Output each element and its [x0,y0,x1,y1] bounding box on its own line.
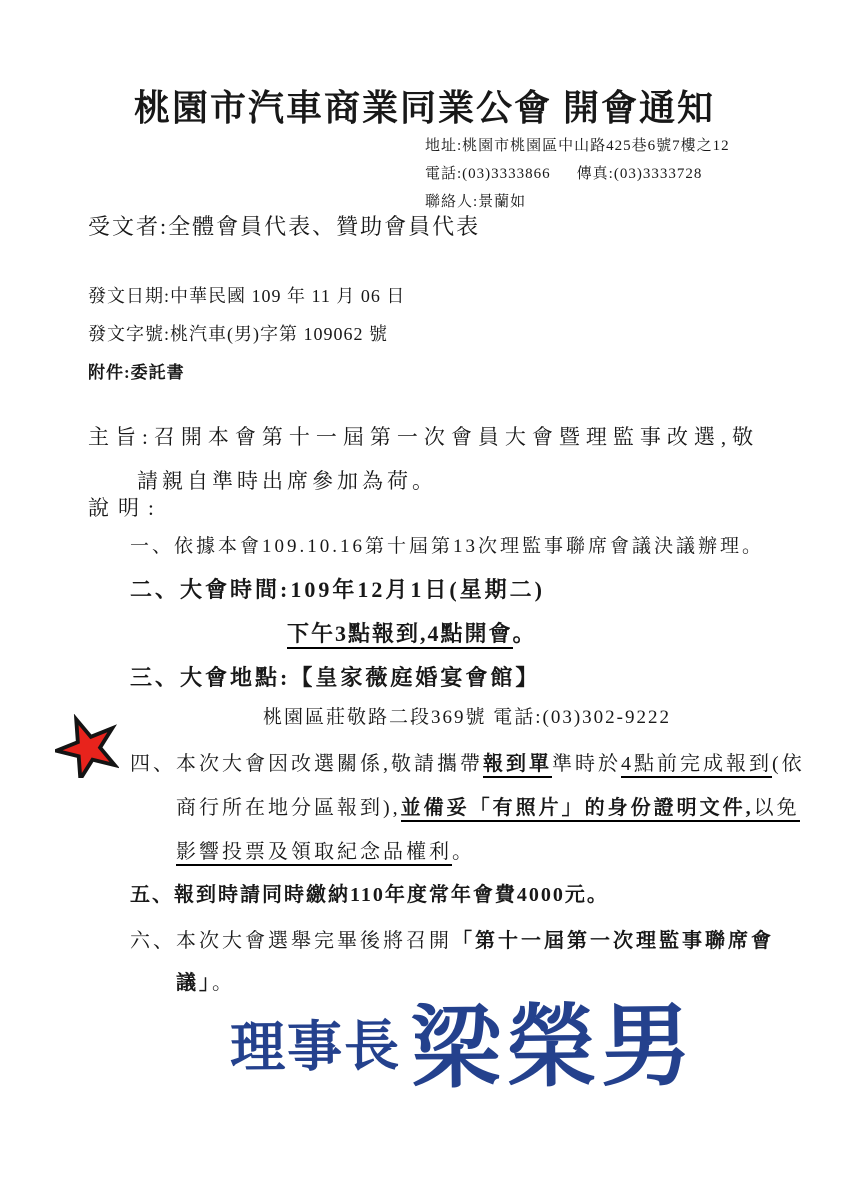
chairman-signature-stamp: 理事長 梁榮男 [229,973,696,1108]
red-star-shape [55,714,119,778]
item4-seg4-deadline: 4點前完成報到 [621,753,772,778]
item-1-basis: 一、依據本會109.10.16第十屆第13次理監事聯席會議決議辦理。 [130,531,806,558]
recipient-line: 受文者:全體會員代表、贊助會員代表 [88,210,480,241]
document-title: 桃園市汽車商業同業公會 開會通知 [0,80,849,131]
org-fax: 傳真:(03)3333728 [577,160,703,188]
item4-seg2-checkin-sheet: 報到單 [483,753,552,778]
issue-date-line: 發文日期:中華民國 109 年 11 月 06 日 [88,282,405,308]
explanation-label: 說明: [88,492,163,522]
item-2-meeting-time: 二、大會時間:109年12月1日(星期二) [130,573,806,604]
checkin-time-period: 。 [513,621,537,646]
item4-seg1: 四、本次大會因改選關係,敬請攜帶 [130,753,483,775]
org-address: 地址:桃園市桃園區中山路425巷6號7樓之12 [425,132,730,160]
red-star-icon [55,714,119,778]
org-phone-fax: 電話:(03)3333866傳真:(03)3333728 [425,160,730,188]
checkin-time-underlined: 下午3點報到,4點開會 [287,621,513,649]
scanned-meeting-notice-document: 桃園市汽車商業同業公會 開會通知 地址:桃園市桃園區中山路425巷6號7樓之12… [0,0,849,1200]
item4-seg8-period: 。 [452,841,475,863]
subject-block: 主旨:召開本會第十一屆第一次會員大會暨理監事改選,敬 請親自準時出席參加為荷。 [88,415,759,503]
attachment-line: 附件:委託書 [88,358,185,383]
explanation-items: 一、依據本會109.10.16第十屆第13次理監事聯席會議決議辦理。 二、大會時… [130,531,806,1004]
item6-seg1: 六、本次大會選舉完畢後將召開 [130,930,452,952]
org-phone: 電話:(03)3333866 [425,166,551,182]
item-5-annual-fee: 五、報到時請同時繳納110年度常年會費4000元。 [130,878,806,907]
subject-line-2: 請親自準時出席參加為荷。 [137,459,759,503]
item-4-checkin-instructions: 四、本次大會因改選關係,敬請攜帶報到單準時於4點前完成報到(依商行所在地分區報到… [130,742,806,874]
item4-seg6-photo-id: 並備妥「有照片」的身份證明文件, [401,797,754,822]
item4-seg3: 準時於 [552,753,621,775]
item-3-venue-address: 桃園區莊敬路二段369號 電話:(03)302-9222 [263,702,806,729]
organization-contact-block: 地址:桃園市桃園區中山路425巷6號7樓之12 電話:(03)3333866傳真… [425,132,730,216]
item-3-meeting-place: 三、大會地點:【皇家薇庭婚宴會館】 [130,661,806,692]
stamp-chairman-title: 理事長 [230,1001,402,1082]
stamp-chairman-name: 梁榮男 [410,973,696,1106]
item-2-checkin-time: 下午3點報到,4點開會。 [287,617,806,648]
doc-number-line: 發文字號:桃汽車(男)字第 109062 號 [88,320,388,346]
subject-line-1: 主旨:召開本會第十一屆第一次會員大會暨理監事改選,敬 [88,415,759,459]
